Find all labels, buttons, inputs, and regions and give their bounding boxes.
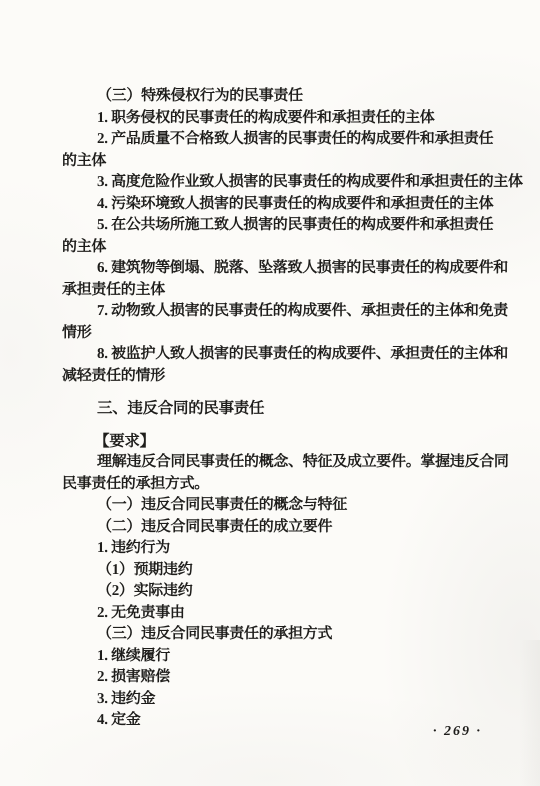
requirements-heading: 【要求】 xyxy=(62,431,524,453)
scanned-book-page: （三）特殊侵权行为的民事责任1. 职务侵权的民事责任的构成要件和承担责任的主体2… xyxy=(0,0,540,786)
section-heading: 三、违反合同的民事责任 xyxy=(62,398,524,420)
list-item: 3. 违约金 xyxy=(62,689,524,711)
list-item: 4. 污染环境致人损害的民事责任的构成要件和承担责任的主体 xyxy=(62,194,524,216)
list-item: 3. 高度危险作业致人损害的民事责任的构成要件和承担责任的主体 xyxy=(62,172,524,194)
list-item-continuation: 减轻责任的情形 xyxy=(62,366,524,388)
list-item: 2. 无免责事由 xyxy=(62,603,524,625)
list-item: （2）实际违约 xyxy=(62,581,524,603)
list-item-continuation: 情形 xyxy=(62,323,524,345)
list-item: 2. 产品质量不合格致人损害的民事责任的构成要件和承担责任 xyxy=(62,129,524,151)
list-item: 1. 职务侵权的民事责任的构成要件和承担责任的主体 xyxy=(62,108,524,130)
list-item: （三）特殊侵权行为的民事责任 xyxy=(62,86,524,108)
list-item: 8. 被监护人致人损害的民事责任的构成要件、承担责任的主体和 xyxy=(62,344,524,366)
page-text-block: （三）特殊侵权行为的民事责任1. 职务侵权的民事责任的构成要件和承担责任的主体2… xyxy=(62,86,524,732)
list-item-continuation: 承担责任的主体 xyxy=(62,280,524,302)
list-item: 6. 建筑物等倒塌、脱落、坠落致人损害的民事责任的构成要件和 xyxy=(62,258,524,280)
list-item: （二）违反合同民事责任的成立要件 xyxy=(62,517,524,539)
page-number: · 269 · xyxy=(433,724,482,740)
list-item: 1. 违约行为 xyxy=(62,538,524,560)
list-item: 2. 损害赔偿 xyxy=(62,667,524,689)
list-item-continuation: 的主体 xyxy=(62,237,524,259)
paragraph-continuation: 民事责任的承担方式。 xyxy=(62,474,524,496)
list-item: 7. 动物致人损害的民事责任的构成要件、承担责任的主体和免责 xyxy=(62,301,524,323)
list-item: 5. 在公共场所施工致人损害的民事责任的构成要件和承担责任 xyxy=(62,215,524,237)
list-item: （1）预期违约 xyxy=(62,560,524,582)
list-item: （一）违反合同民事责任的概念与特征 xyxy=(62,495,524,517)
list-item-continuation: 的主体 xyxy=(62,151,524,173)
paragraph-line: 理解违反合同民事责任的概念、特征及成立要件。掌握违反合同 xyxy=(62,452,524,474)
list-item: （三）违反合同民事责任的承担方式 xyxy=(62,624,524,646)
list-item: 1. 继续履行 xyxy=(62,646,524,668)
